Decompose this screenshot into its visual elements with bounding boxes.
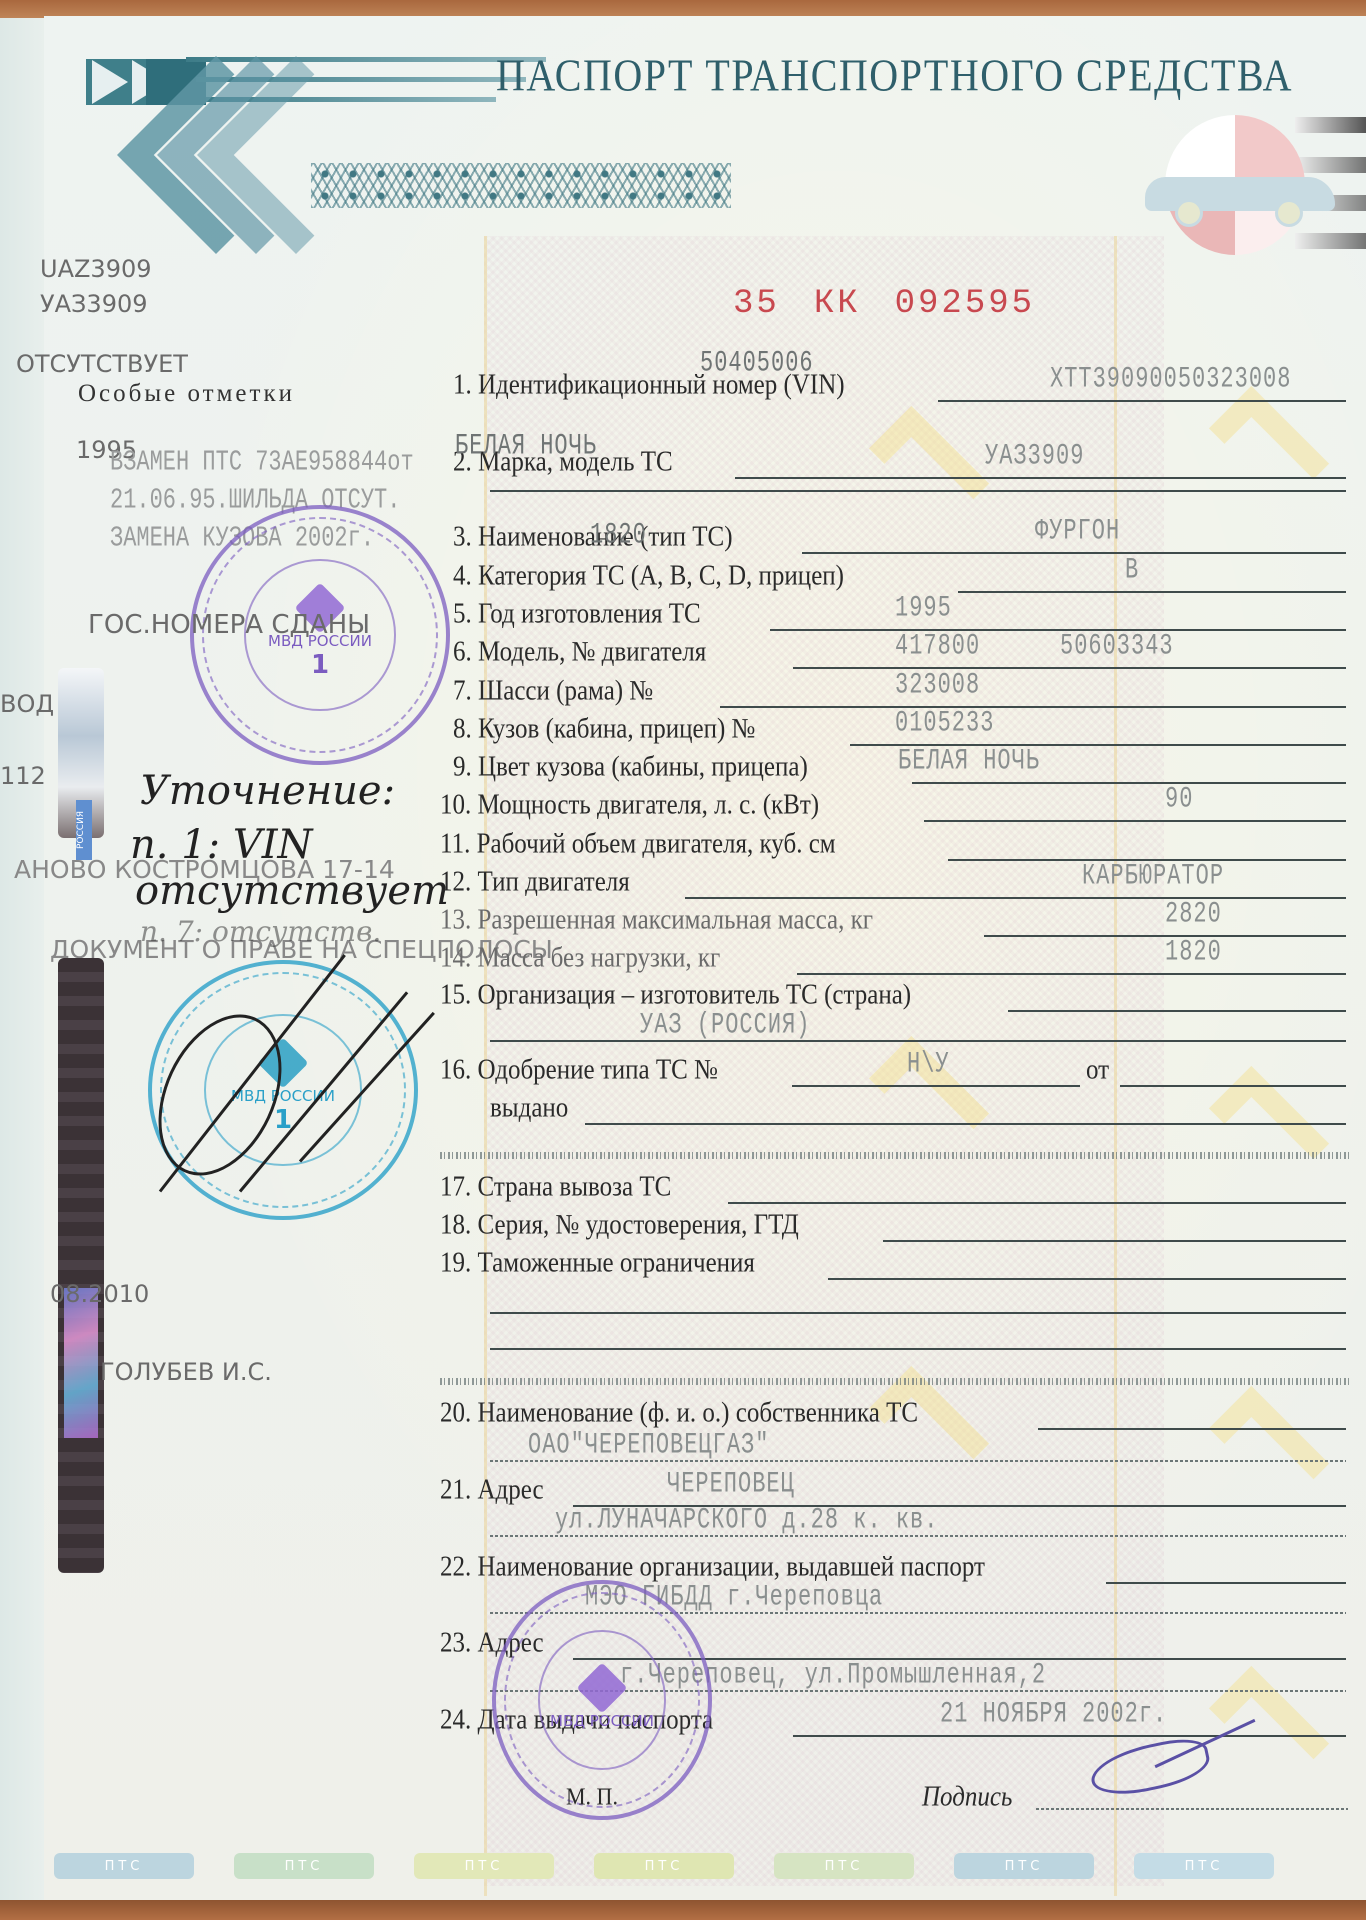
stamp-place-label: М. П. — [566, 1782, 618, 1811]
field-22-line — [1106, 1582, 1346, 1584]
serial-number: 35КК092595 — [733, 285, 1069, 323]
field-4-line — [958, 591, 1346, 593]
field-20-label: 20. Наименование (ф. и. о.) собственника… — [440, 1398, 918, 1429]
field-10-value: 90 — [1165, 782, 1193, 816]
printed-fragment-112: 112 — [0, 762, 46, 790]
printed-model-cyrillic: УАЗ3909 — [40, 290, 148, 318]
document-title: ПАСПОРТ ТРАНСПОРТНОГО СРЕДСТВА — [496, 48, 1293, 102]
field-9-line — [912, 782, 1346, 784]
watermark-chevron — [1209, 1066, 1329, 1186]
field-24-line — [793, 1735, 1346, 1737]
microprint-divider — [440, 1378, 1350, 1385]
field-6-line — [793, 667, 1346, 669]
field-10-label: 10. Мощность двигателя, л. с. (кВт) — [440, 790, 819, 821]
field-5-line — [770, 629, 1346, 631]
field-11-label: 11. Рабочий объем двигателя, куб. см — [440, 829, 836, 860]
field-15-extra-line — [490, 1040, 1346, 1042]
printed-vin-absent: ОТСУТСТВУЕТ — [16, 350, 188, 378]
printed-fragment-vod: ВОД — [0, 690, 54, 718]
field-2-line — [735, 477, 1346, 479]
signature-label: Подпись — [922, 1782, 1012, 1813]
printed-plates-surrendered: ГОС.НОМЕРА СДАНЫ — [88, 610, 370, 640]
field-19-extra-line — [490, 1312, 1346, 1314]
field-12-label: 12. Тип двигателя — [440, 867, 630, 898]
field-14-line — [797, 973, 1346, 975]
field-21-value: ЧЕРЕПОВЕЦ — [667, 1467, 795, 1501]
field-4-value: В — [1125, 553, 1139, 587]
field-1-line — [938, 400, 1346, 402]
field-13-value: 2820 — [1165, 897, 1222, 931]
field-9-value: БЕЛАЯ НОЧЬ — [898, 744, 1040, 778]
wood-background-bottom — [0, 1900, 1366, 1920]
field-10-line — [924, 820, 1346, 822]
field-18-label: 18. Серия, № удостоверения, ГТД — [440, 1210, 799, 1241]
field-7-label: 7. Шасси (рама) № — [453, 676, 653, 707]
field-16-label: 16. Одобрение типа ТС № — [440, 1055, 718, 1086]
field-8-label: 8. Кузов (кабина, прицеп) № — [453, 714, 755, 745]
handwritten-clarification-absent: отсутствует — [135, 868, 449, 914]
field-2-value: УАЗ3909 — [985, 439, 1084, 473]
signature-line — [1036, 1808, 1348, 1810]
field-1-value: XTT39090050323008 — [1050, 362, 1291, 396]
serial-number-value: 092595 — [895, 285, 1035, 323]
field-24-value: 21 НОЯБРЯ 2002г. — [940, 1697, 1167, 1731]
handwritten-clarification-item7: п. 7: отсутств. — [140, 915, 381, 948]
field-12-value: КАРБЮРАТОР — [1082, 859, 1224, 893]
printed-model-latin: UAZ3909 — [40, 255, 152, 283]
field-6-value-2: 50603343 — [1060, 629, 1174, 663]
field-2-extra-line — [490, 490, 1346, 492]
field-14-value: 1820 — [1165, 935, 1222, 969]
car-emblem-icon — [1145, 115, 1366, 255]
field-2-overprint: БЕЛАЯ НОЧЬ — [455, 429, 597, 463]
serial-region: 35 — [733, 285, 780, 323]
field-21-value-2: ул.ЛУНАЧАРСКОГО д.28 к. кв. — [555, 1503, 938, 1537]
field-20-value: ОАО"ЧЕРЕПОВЕЦГАЗ" — [528, 1428, 769, 1462]
field-16-issued-line — [585, 1123, 1346, 1125]
handwritten-clarification-title: Уточнение: — [140, 768, 395, 814]
field-6-value: 417800 — [895, 629, 980, 663]
field-17-label: 17. Страна вывоза ТС — [440, 1172, 671, 1203]
field-7-value: 323008 — [895, 668, 980, 702]
field-5-label: 5. Год изготовления ТС — [453, 599, 701, 630]
hologram-label: РОССИЯ — [76, 800, 92, 860]
field-16-from-line — [1120, 1085, 1346, 1087]
field-14-label: 14. Масса без нагрузки, кг — [440, 943, 720, 974]
field-3-value: ФУРГОН — [1035, 514, 1120, 548]
field-3-line — [802, 552, 1346, 554]
field-6-label: 6. Модель, № двигателя — [453, 637, 706, 668]
serial-series: КК — [814, 285, 861, 323]
handwritten-clarification-item1: п. 1: VIN — [130, 822, 313, 868]
note-line-1: ВЗАМЕН ПТС 73АЕ958844от — [110, 446, 414, 479]
security-thread — [1114, 236, 1117, 1896]
field-22-label: 22. Наименование организации, выдавшей п… — [440, 1552, 985, 1583]
field-12-line — [685, 897, 1346, 899]
field-1-overprint: 50405006 — [700, 346, 814, 380]
field-21-label: 21. Адрес — [440, 1475, 544, 1506]
watermark-chevron — [1209, 1666, 1329, 1786]
field-8-value: 0105233 — [895, 706, 994, 740]
field-16-issued-label: выдано — [490, 1093, 568, 1124]
field-20-extra-line — [490, 1460, 1346, 1462]
field-3-overprint: 1820 — [590, 518, 647, 552]
field-18-line — [883, 1240, 1346, 1242]
field-15-value: УАЗ (РОССИЯ) — [640, 1008, 810, 1042]
watermark-chevron — [1209, 386, 1329, 506]
field-19-line — [828, 1278, 1346, 1280]
field-20-line — [1038, 1428, 1346, 1430]
special-marks-label: Особые отметки — [78, 380, 295, 408]
microprint-divider — [440, 1152, 1350, 1159]
watermark-chevron — [1209, 1386, 1329, 1506]
field-16-value: Н\У — [907, 1047, 950, 1081]
field-4-label: 4. Категория ТС (А, В, С, D, прицеп) — [453, 561, 844, 592]
field-16-from-label: от — [1086, 1055, 1109, 1086]
field-21-extra-line — [490, 1535, 1346, 1537]
security-footer-band: ПТС ПТС ПТС ПТС ПТС ПТС ПТС — [44, 1850, 1366, 1882]
printed-date: 08.2010 — [50, 1280, 149, 1308]
field-17-line — [728, 1202, 1346, 1204]
field-15-line — [1008, 1010, 1346, 1012]
field-16-line — [792, 1085, 1080, 1087]
field-5-value: 1995 — [895, 591, 952, 625]
field-9-label: 9. Цвет кузова (кабины, прицепа) — [453, 752, 808, 783]
printed-officer-name: ГОЛУБЕВ И.С. — [100, 1358, 272, 1386]
field-7-line — [720, 706, 1346, 708]
field-19-extra-line-2 — [490, 1348, 1346, 1350]
hologram-strip — [58, 958, 104, 1573]
field-19-label: 19. Таможенные ограничения — [440, 1248, 755, 1279]
field-15-label: 15. Организация – изготовитель ТС (стран… — [440, 980, 911, 1011]
field-13-label: 13. Разрешенная максимальная масса, кг — [440, 905, 873, 936]
